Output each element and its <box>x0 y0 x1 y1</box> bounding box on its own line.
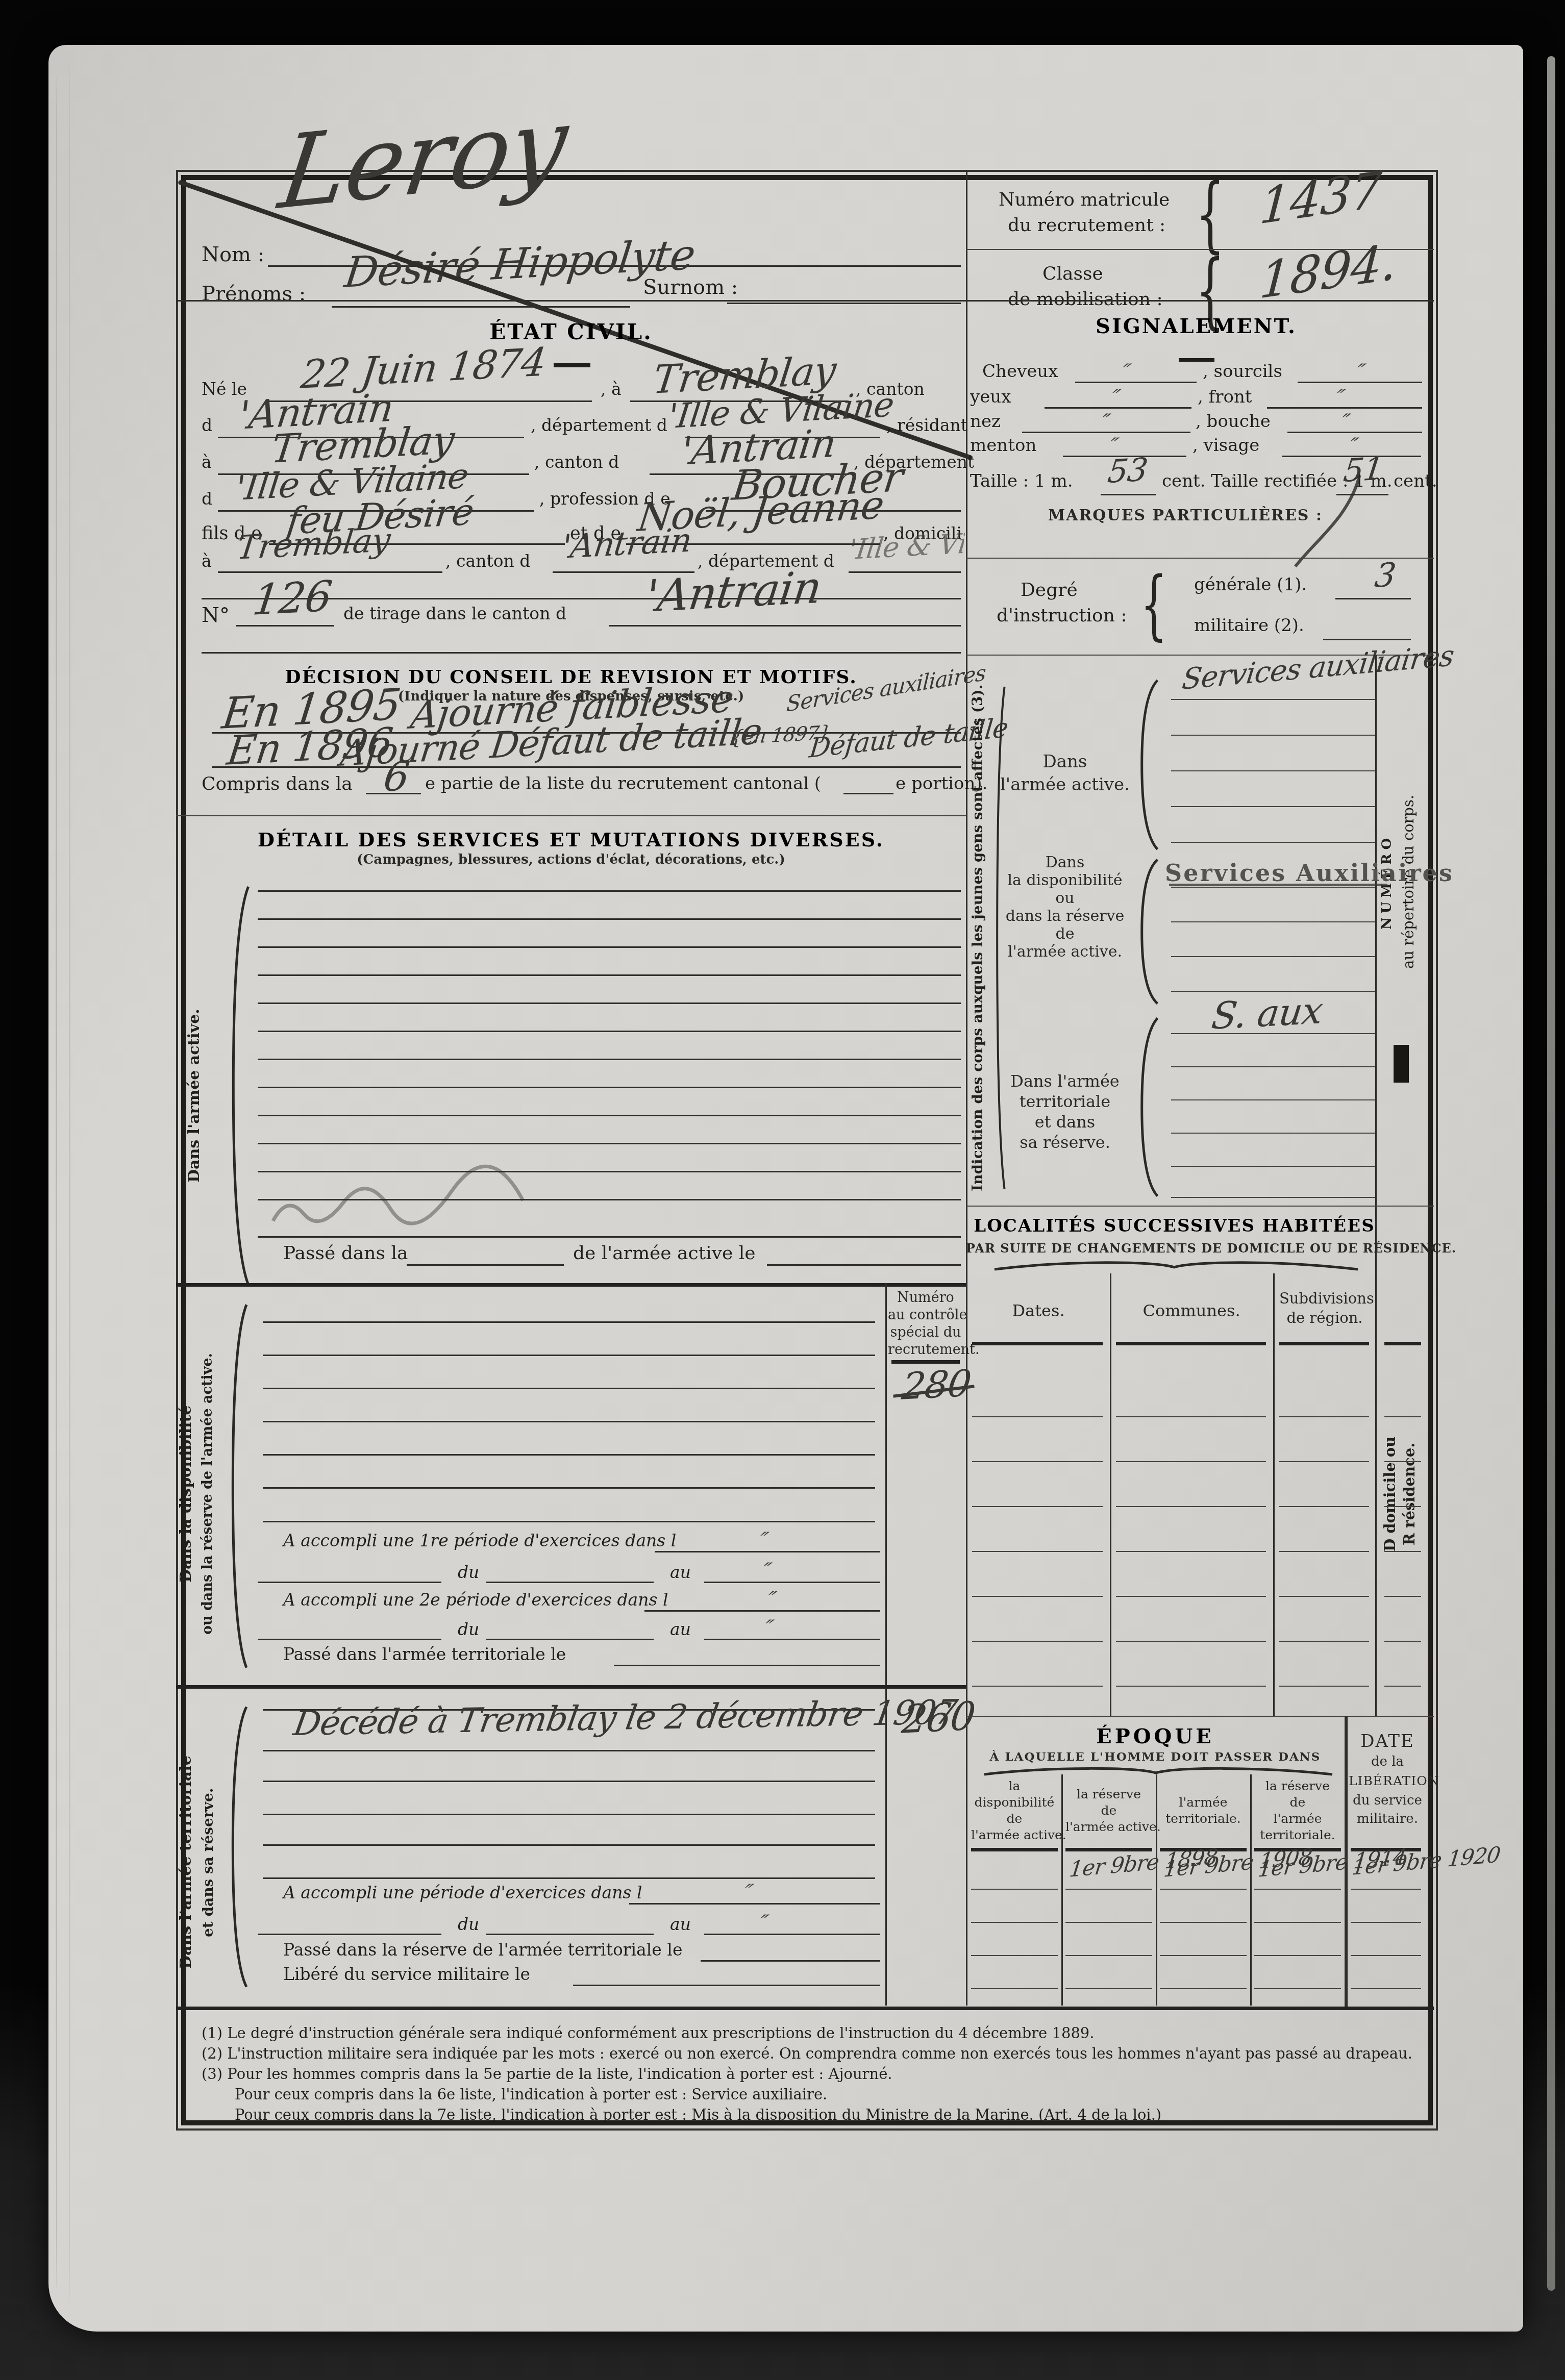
epoque-col3-line: territoriale. <box>1160 1811 1247 1826</box>
degre-label-2: d'instruction : <box>997 605 1127 626</box>
row-line <box>1116 1641 1266 1642</box>
date-col-line: DATE <box>1349 1731 1426 1751</box>
section-rule <box>966 1206 1434 1207</box>
dispo-label-line: dans la réserve <box>999 907 1131 925</box>
a-label: à <box>202 452 212 472</box>
epoque-col3-line: l'armée <box>1160 1795 1247 1810</box>
row-line <box>1160 1889 1247 1890</box>
ul <box>486 1582 654 1583</box>
ruled-line <box>1171 842 1375 843</box>
prenoms-label: Prénoms : <box>202 282 306 306</box>
date-col-line: du service <box>1349 1793 1426 1808</box>
controle-header-4: recrutement. <box>888 1342 963 1358</box>
epoque-col2-line: de <box>1065 1803 1152 1818</box>
militaire-label: militaire (2). <box>1194 615 1304 636</box>
corps-territoriale-handwritten: S. aux <box>1209 989 1325 1038</box>
armee-active-label-2: l'armée active. <box>999 774 1131 795</box>
epoque-col2-line: l'armée active. <box>1065 1819 1152 1834</box>
bouche-label: , bouche <box>1196 411 1271 432</box>
ruled-line <box>263 1321 875 1323</box>
territoriale-brace <box>1136 1016 1160 1198</box>
au-label: au <box>670 1562 691 1582</box>
horizontal-brace <box>982 1764 1334 1776</box>
row-line <box>1384 1686 1421 1687</box>
tirage-number-handwritten: 126 <box>250 572 334 625</box>
territoriale-vertical-label-2: et dans sa réserve. <box>200 1734 216 1991</box>
numero-strip-divider <box>1375 655 1377 1716</box>
section-rule <box>966 1716 1434 1717</box>
ruled-line <box>1171 1166 1375 1167</box>
tirage-no-label: N° <box>202 604 230 627</box>
ul <box>1267 407 1422 409</box>
au-label: au <box>670 1914 691 1934</box>
dispo-label-line: la disponibilité <box>999 871 1131 889</box>
ul <box>609 625 961 627</box>
adjacent-page-edge <box>1547 56 1555 2291</box>
row-line <box>1116 1551 1266 1552</box>
controle-header-1: Numéro <box>888 1290 963 1306</box>
ul <box>236 625 334 627</box>
row-line <box>1384 1506 1421 1507</box>
footnote-1: (1) Le degré d'instruction générale sera… <box>202 2024 1095 2042</box>
pen-flourish <box>1288 473 1375 570</box>
section-rule <box>176 815 966 816</box>
ul <box>258 1639 441 1640</box>
row-line <box>1279 1416 1369 1417</box>
row-line <box>1351 1889 1421 1890</box>
row-line <box>1065 1955 1152 1956</box>
controle-column-divider <box>885 1283 887 2006</box>
menton-label: menton <box>970 435 1036 456</box>
dispo-label-line: l'armée active. <box>999 943 1131 961</box>
row-line <box>1254 1922 1341 1923</box>
canton-label: , canton d <box>534 452 619 472</box>
ruled-line <box>258 1031 961 1032</box>
ul <box>573 1985 880 1986</box>
ruled-line <box>1171 1133 1375 1134</box>
table-divider <box>1273 1273 1275 1716</box>
a-label: , à <box>601 379 622 399</box>
row-line <box>1279 1551 1369 1552</box>
ul <box>1075 382 1197 383</box>
footnote-2: (2) L'instruction militaire sera indiqué… <box>202 2045 1412 2062</box>
signalement-title: SIGNALEMENT. <box>966 314 1426 338</box>
ruled-line <box>258 1143 961 1144</box>
ruled-line <box>263 1877 875 1879</box>
ul <box>1022 432 1190 433</box>
d-label: d <box>202 415 212 435</box>
section-rule-thick <box>176 1685 966 1689</box>
terr-label-line: sa réserve. <box>999 1133 1131 1152</box>
terr-label-line: territoriale <box>999 1092 1131 1111</box>
ruled-line <box>263 1487 875 1489</box>
dispo-label-line: de <box>999 925 1131 943</box>
canton-handwritten: 'Antrain <box>560 521 693 566</box>
prenoms-line <box>332 306 630 308</box>
localites-title: LOCALITÉS SUCCESSIVES HABITÉES <box>966 1216 1383 1236</box>
epoque-col4-line: de <box>1254 1795 1341 1810</box>
row-line <box>972 1416 1103 1417</box>
row-line <box>972 1596 1103 1597</box>
stamp-strike-line <box>1169 884 1387 886</box>
terr-label-line: et dans <box>999 1112 1131 1132</box>
ruled-line <box>263 1421 875 1422</box>
footnote-4: Pour ceux compris dans la 6e liste, l'in… <box>235 2086 827 2103</box>
ul <box>655 1551 880 1552</box>
du-label: du <box>458 1562 479 1582</box>
section-brace <box>228 1704 249 1990</box>
register-page: Nom : Leroy Prénoms : Désiré Hippolyte S… <box>48 45 1523 2332</box>
departement-label: , département d <box>531 415 667 435</box>
services-title: DÉTAIL DES SERVICES ET MUTATIONS DIVERSE… <box>176 828 966 851</box>
armee-active-brace <box>1136 679 1160 851</box>
epoque-col1-line: disponibilité <box>971 1795 1058 1810</box>
matricule-label-line2: du recrutement : <box>1008 215 1165 236</box>
au-label: au <box>670 1619 691 1639</box>
generale-label: générale (1). <box>1194 574 1307 595</box>
header-rule <box>1116 1342 1266 1345</box>
row-line <box>1065 1889 1152 1890</box>
epoque-col4-line: la réserve <box>1254 1778 1341 1793</box>
row-line <box>1160 1988 1247 1989</box>
row-line <box>1065 1922 1152 1923</box>
ruled-line <box>263 1388 875 1389</box>
ul <box>1323 639 1411 640</box>
footnote-rule-thick <box>176 2007 1434 2010</box>
horizontal-brace <box>992 1258 1360 1271</box>
ruled-line <box>258 1115 961 1116</box>
departement-handwritten-faint: 'Ille & Vilaine <box>847 528 965 566</box>
col-subdivisions-header-1: Subdivisions <box>1279 1290 1370 1307</box>
ruled-line <box>1171 887 1375 888</box>
epoque-subtitle: À LAQUELLE L'HOMME DOIT PASSER DANS <box>966 1750 1345 1764</box>
ruled-line <box>263 1750 875 1751</box>
du-label: du <box>458 1619 479 1639</box>
row-line <box>1116 1461 1266 1462</box>
col-dates-header: Dates. <box>973 1301 1104 1320</box>
ruled-line <box>1171 1099 1375 1100</box>
row-line <box>1254 1955 1341 1956</box>
passe-reserve-territoriale-label: Passé dans la réserve de l'armée territo… <box>283 1940 682 1960</box>
cheveux-label: Cheveux <box>982 361 1058 382</box>
cent-label: cent. <box>1394 471 1437 491</box>
degre-brace: { <box>1140 566 1167 642</box>
repertoire-tick-mark <box>1394 1045 1409 1083</box>
a-label: à <box>202 551 212 571</box>
localites-subtitle: PAR SUITE DE CHANGEMENTS DE DOMICILE OU … <box>966 1241 1383 1256</box>
row-line <box>972 1686 1103 1687</box>
ul <box>704 1639 880 1640</box>
ul <box>486 1639 654 1640</box>
ruled-line <box>1171 921 1375 922</box>
footnote-5: Pour ceux compris dans la 7e liste, l'in… <box>235 2106 1161 2123</box>
ruled-line <box>263 1454 875 1456</box>
row-line <box>971 1955 1058 1956</box>
epoque-col4-line: l'armée <box>1254 1811 1341 1826</box>
taille-value-handwritten: 53 <box>1106 450 1150 490</box>
ul <box>258 1582 441 1583</box>
disponibilite-brace <box>1136 858 1160 1005</box>
sourcils-label: , sourcils <box>1203 361 1282 382</box>
compris-label-b: e partie de la liste du recrutement cant… <box>425 773 821 794</box>
d-label: d <box>202 489 212 509</box>
periode1-label: A accompli une 1re période d'exercices d… <box>283 1531 676 1550</box>
row-line <box>1351 1922 1421 1923</box>
ruled-line <box>263 1355 875 1356</box>
row-line <box>1160 1922 1247 1923</box>
header-rule <box>972 1342 1103 1345</box>
epoque-col1-line: la <box>971 1778 1058 1793</box>
title-dash <box>554 363 590 367</box>
disponibilite-vertical-label-2: ou dans la réserve de l'armée active. <box>200 1305 215 1683</box>
ruled-line <box>1171 770 1375 771</box>
section-brace <box>228 883 251 1289</box>
date-col-line: LIBÉRATION <box>1349 1773 1426 1788</box>
ul <box>704 1934 880 1935</box>
periode2-label: A accompli une 2e période d'exercices da… <box>283 1590 668 1610</box>
armee-active-le-label: de l'armée active le <box>573 1243 756 1264</box>
row-line <box>1116 1686 1266 1687</box>
section-rule-thick <box>176 1283 966 1287</box>
ul <box>767 1264 961 1266</box>
ruled-line <box>258 946 961 948</box>
nom-label: Nom : <box>202 243 264 266</box>
row-line <box>1384 1461 1421 1462</box>
classe-label-line1: Classe <box>1042 263 1103 284</box>
header-bottom-rule <box>176 300 1434 302</box>
passe-dans-la-label: Passé dans la <box>283 1243 408 1264</box>
ruled-line <box>263 1814 875 1815</box>
ruled-line <box>258 890 961 892</box>
row-line <box>972 1506 1103 1507</box>
surnom-label: Surnom : <box>643 275 738 299</box>
taille-label: Taille : 1 m. <box>970 471 1073 491</box>
front-label: , front <box>1198 387 1252 407</box>
section-rule <box>966 558 1434 559</box>
row-line <box>1384 1641 1421 1642</box>
ul <box>614 1665 880 1666</box>
degre-label-1: Degré <box>1021 580 1078 600</box>
row-line <box>1116 1506 1266 1507</box>
row-line <box>1116 1416 1266 1417</box>
row-line <box>1116 1596 1266 1597</box>
etat-civil-title: ÉTAT CIVIL. <box>176 319 966 344</box>
epoque-title: ÉPOQUE <box>966 1724 1345 1748</box>
ul <box>1101 494 1156 495</box>
epoque-col2-line: la réserve <box>1065 1787 1152 1801</box>
ruled-line <box>258 974 961 976</box>
ul <box>704 1582 880 1583</box>
residant-label: , résidant <box>886 415 967 435</box>
territoriale-vertical-label-1: Dans l'armée territoriale <box>177 1723 195 2001</box>
row-line <box>1351 1955 1421 1956</box>
table-divider <box>1110 1273 1111 1716</box>
date-col-line: militaire. <box>1349 1811 1426 1826</box>
visage-label: , visage <box>1193 435 1259 456</box>
canton-label: , canton d <box>445 551 530 571</box>
disponibilite-vertical-label-1: Dans la disponibilité <box>177 1320 195 1667</box>
row-line <box>1384 1416 1421 1417</box>
ruled-line <box>1171 806 1375 807</box>
page-curl-line <box>69 60 70 2305</box>
ruled-line <box>258 1087 961 1088</box>
tirage-canton-handwritten: 'Antrain <box>643 562 824 622</box>
ruled-line <box>258 1236 961 1238</box>
row-line <box>1254 1988 1341 1989</box>
row-line <box>1279 1506 1369 1507</box>
epoque-col1-line: de <box>971 1811 1058 1826</box>
epoque-divider <box>1156 1774 1157 2006</box>
controle-number-struck: 280 <box>900 1361 974 1408</box>
row-line <box>1279 1641 1369 1642</box>
ul <box>407 1264 564 1266</box>
services-subtitle: (Campagnes, blessures, actions d'éclat, … <box>176 852 966 867</box>
du-label: du <box>458 1914 479 1934</box>
pencil-scribble <box>268 1185 574 1236</box>
epoque-divider <box>1250 1774 1252 2006</box>
periode3-label: A accompli une période d'exercices dans … <box>283 1883 642 1902</box>
row-line <box>1254 1889 1341 1890</box>
header-rule <box>1279 1342 1369 1345</box>
ruled-line <box>258 1059 961 1060</box>
date-col-line: de la <box>1349 1754 1426 1769</box>
ruled-line <box>258 1171 961 1172</box>
footnote-3: (3) Pour les hommes compris dans la 5e p… <box>202 2065 892 2083</box>
libere-label: Libéré du service militaire le <box>283 1964 530 1984</box>
ruled-line <box>263 1844 875 1846</box>
dispo-label-line: Dans <box>999 854 1131 871</box>
ruled-line <box>1171 956 1375 957</box>
epoque-col1-line: l'armée active. <box>971 1827 1058 1842</box>
ul <box>212 766 961 768</box>
corps-vertical-label: Indication des corps auxquels les jeunes… <box>969 678 986 1198</box>
classe-label-line2: de mobilisation : <box>1008 289 1163 310</box>
row-line <box>971 1922 1058 1923</box>
row-line <box>1160 1955 1247 1956</box>
matricule-label-line1: Numéro matricule <box>999 189 1170 210</box>
ul <box>1335 598 1411 599</box>
header-rule <box>971 1848 1058 1851</box>
row-line <box>972 1641 1103 1642</box>
col-communes-header: Communes. <box>1116 1301 1267 1320</box>
ul <box>486 1934 654 1935</box>
epoque-divider <box>1061 1774 1063 2006</box>
row-line <box>1279 1461 1369 1462</box>
page-curl-line <box>56 76 57 2290</box>
row-line <box>972 1461 1103 1462</box>
domicile-residence-label-1: D domicile ou <box>1381 1402 1399 1586</box>
epoque-col4-line: territoriale. <box>1254 1827 1341 1842</box>
blank-line <box>202 652 961 654</box>
row-line <box>1065 1988 1152 1989</box>
ruled-line <box>263 1521 875 1522</box>
dispo-label-line: ou <box>999 889 1131 907</box>
row-line <box>1279 1596 1369 1597</box>
ruled-line <box>258 918 961 920</box>
controle-header-2: au contrôle <box>888 1307 963 1323</box>
row-line <box>1351 1988 1421 1989</box>
ruled-line <box>1171 1066 1375 1067</box>
passe-territoriale-label: Passé dans l'armée territoriale le <box>283 1644 566 1664</box>
ul <box>1045 407 1191 409</box>
section-brace <box>228 1301 249 1671</box>
armee-active-label-1: Dans <box>999 751 1131 772</box>
tirage-label: de tirage dans le canton d <box>343 604 566 623</box>
nez-label: nez <box>970 411 1001 432</box>
ul <box>843 793 893 794</box>
ruled-line <box>1171 1197 1375 1198</box>
ruled-line <box>263 1781 875 1782</box>
col-subdivisions-header-2: de région. <box>1279 1309 1370 1326</box>
header-rule <box>1384 1342 1421 1345</box>
ul <box>701 1960 880 1962</box>
row-line <box>1279 1686 1369 1687</box>
ul <box>849 571 961 573</box>
compris-label-a: Compris dans la <box>202 773 353 794</box>
row-line <box>1384 1551 1421 1552</box>
ul <box>629 1903 880 1905</box>
row-line <box>971 1988 1058 1989</box>
row-line <box>971 1889 1058 1890</box>
row-line <box>972 1551 1103 1552</box>
terr-label-line: Dans l'armée <box>999 1071 1131 1091</box>
ul <box>258 1934 441 1935</box>
surnom-line <box>727 303 961 304</box>
ruled-line <box>258 1003 961 1004</box>
row-line <box>1384 1596 1421 1597</box>
controle-header-3: spécial du <box>888 1324 963 1340</box>
services-auxiliaires-stamp: Services Auxiliaires <box>1165 859 1454 887</box>
yeux-label: yeux <box>970 387 1011 407</box>
armee-active-vertical-label: Dans l'armée active. <box>185 902 203 1290</box>
ruled-line <box>1171 735 1375 736</box>
ruled-line <box>1171 699 1375 700</box>
ne-le-label: Né le <box>202 379 247 399</box>
